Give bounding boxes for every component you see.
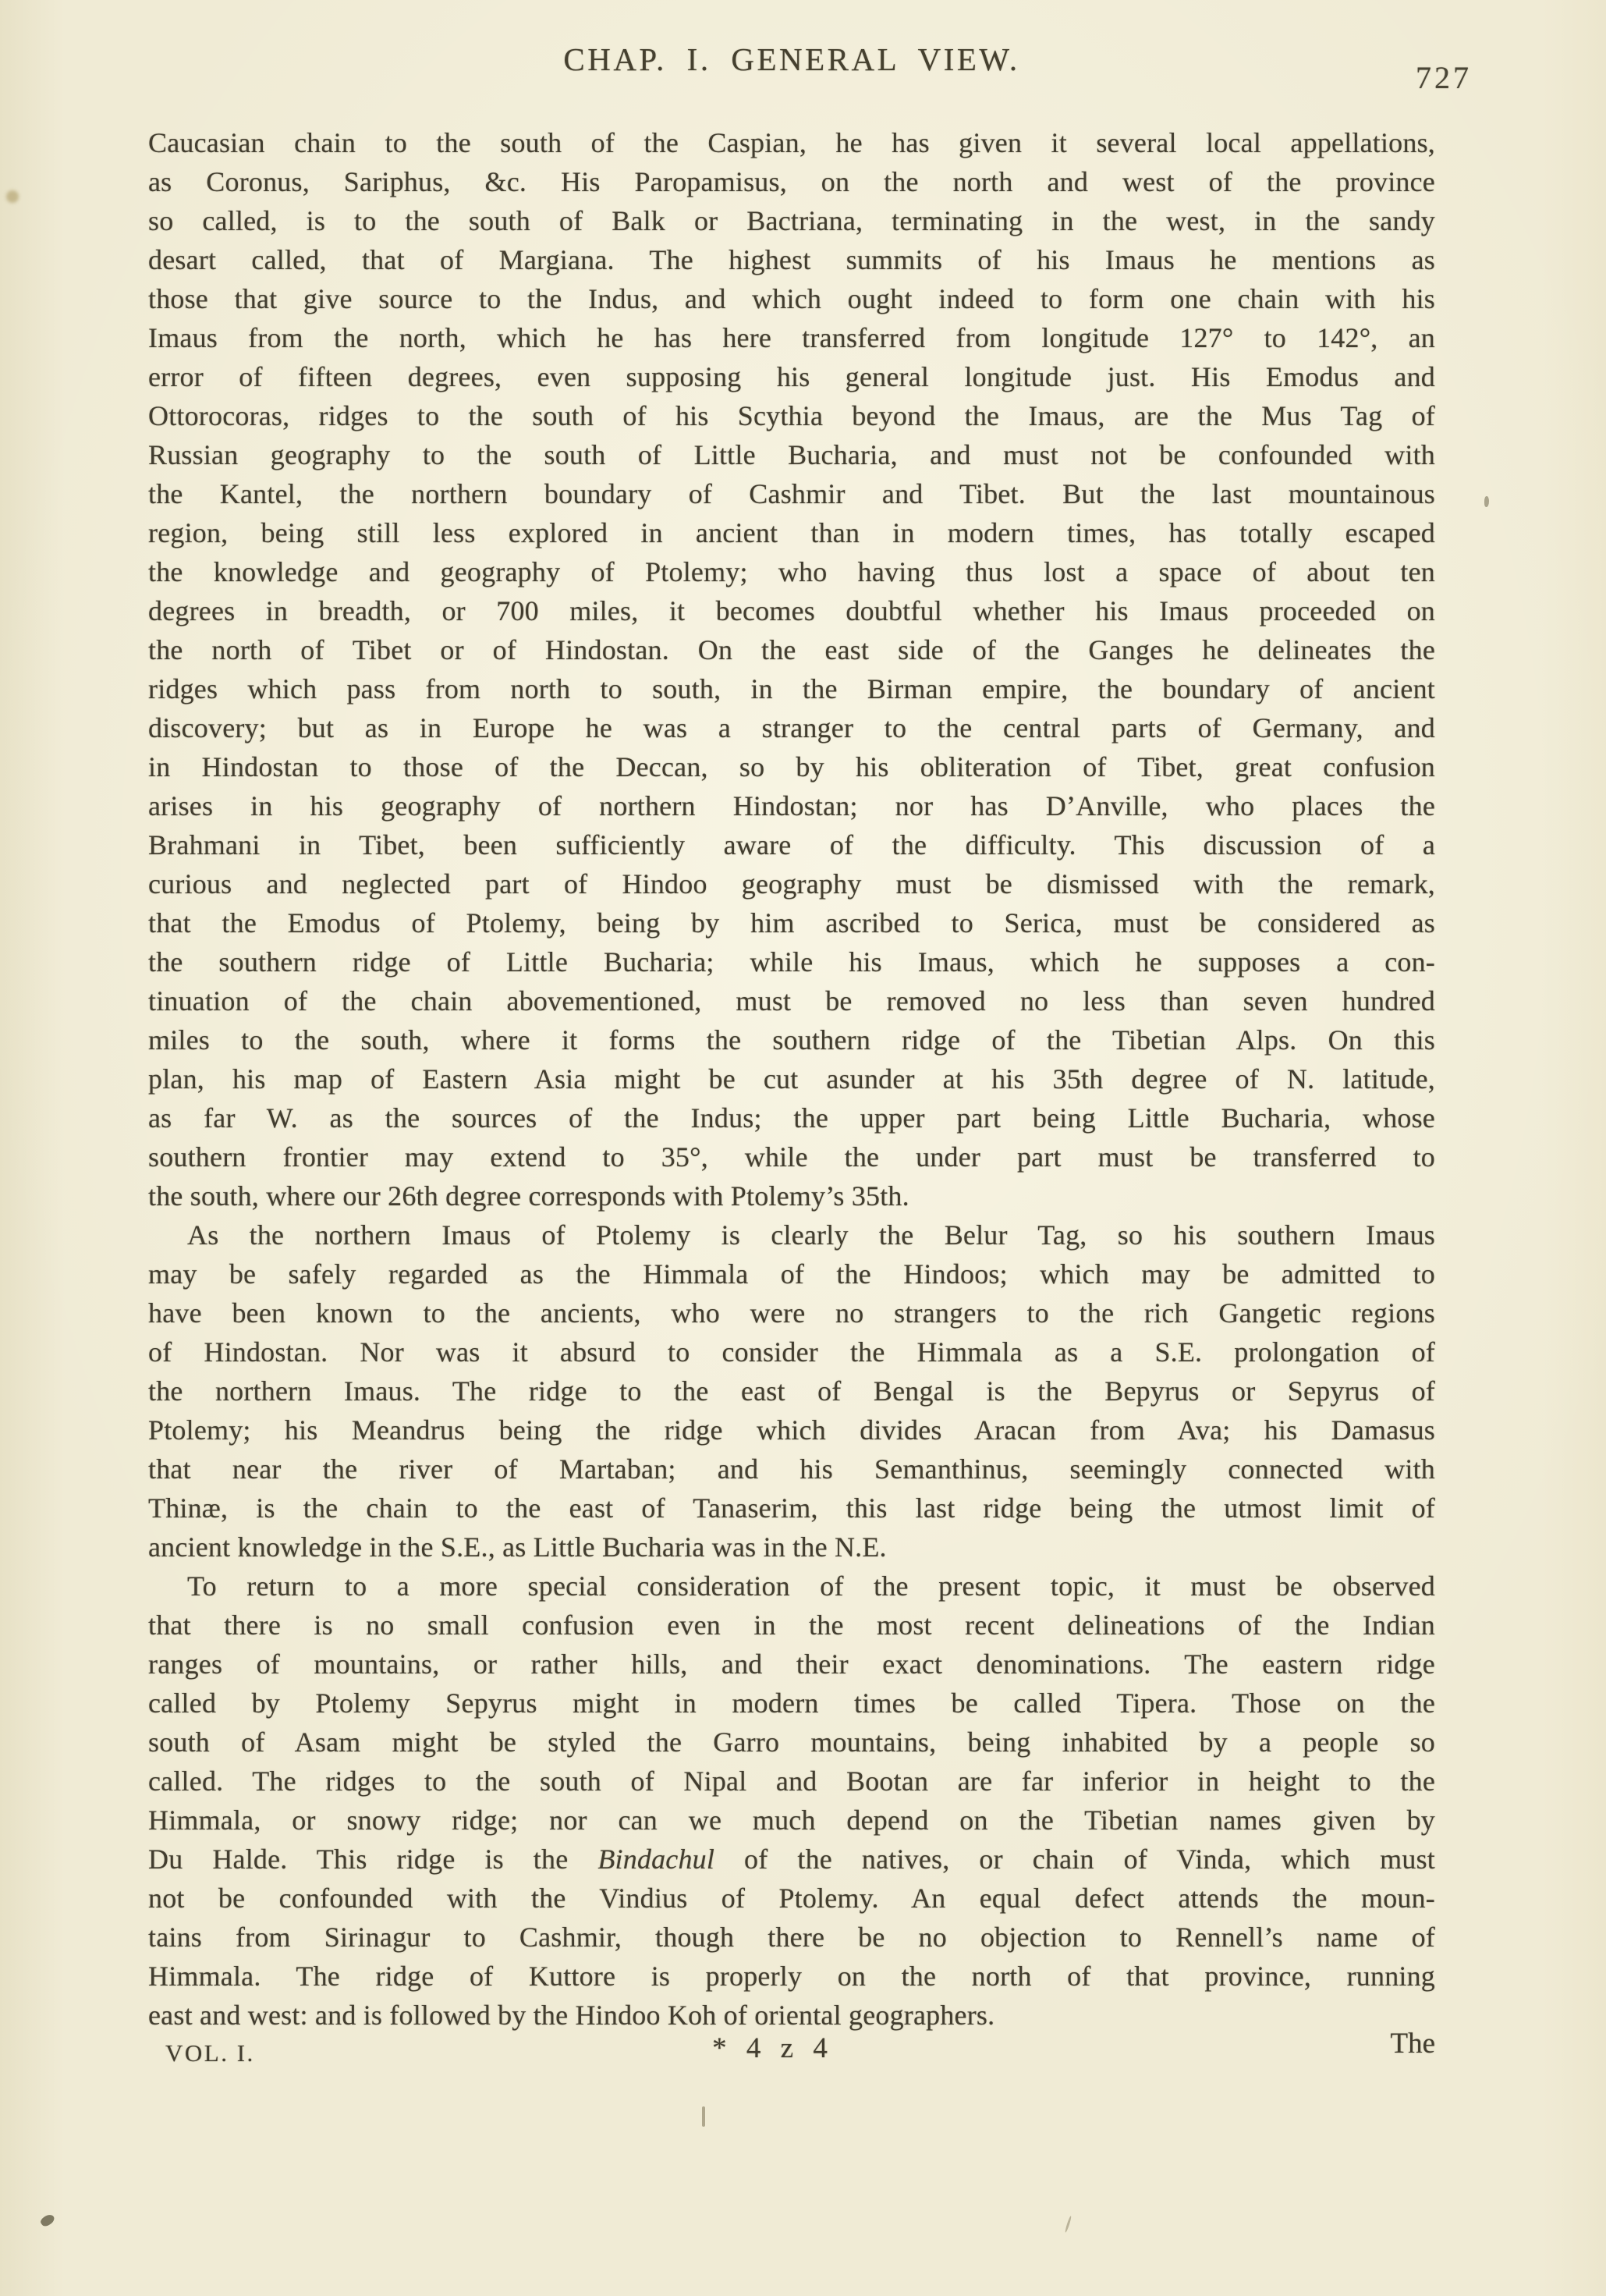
paragraph: To return to a more special consideratio…	[148, 1567, 1435, 2035]
volume-label: VOL. I.	[165, 2039, 255, 2067]
text-line: Caucasian chain to the south of the Casp…	[148, 123, 1435, 162]
text-line: the northern Imaus. The ridge to the eas…	[148, 1372, 1435, 1411]
text-line: south of Asam might be styled the Garro …	[148, 1723, 1435, 1762]
text-line: ancient knowledge in the S.E., as Little…	[148, 1528, 1435, 1567]
text-line: Ottorocoras, ridges to the south of his …	[148, 396, 1435, 435]
page-footer: VOL. I. * 4 z 4 The	[148, 2030, 1435, 2085]
text-line: As the northern Imaus of Ptolemy is clea…	[148, 1215, 1435, 1254]
text-line: the knowledge and geography of Ptolemy; …	[148, 552, 1435, 591]
text-line: those that give source to the Indus, and…	[148, 279, 1435, 318]
text-line: the north of Tibet or of Hindostan. On t…	[148, 630, 1435, 669]
text-line: Brahmani in Tibet, been sufficiently awa…	[148, 825, 1435, 864]
text-line: tinuation of the chain abovementioned, m…	[148, 981, 1435, 1020]
text-line: degrees in breadth, or 700 miles, it bec…	[148, 591, 1435, 630]
text-line: southern frontier may extend to 35°, whi…	[148, 1137, 1435, 1176]
text-line: as far W. as the sources of the Indus; t…	[148, 1098, 1435, 1137]
scan-speck	[1065, 2216, 1072, 2233]
text-line: that the Emodus of Ptolemy, being by him…	[148, 903, 1435, 942]
text-line: east and west: and is followed by the Hi…	[148, 1996, 1435, 2035]
text-line: region, being still less explored in anc…	[148, 513, 1435, 552]
page-number: 727	[1416, 59, 1472, 96]
text-line: the southern ridge of Little Bucharia; w…	[148, 942, 1435, 981]
paragraph: As the northern Imaus of Ptolemy is clea…	[148, 1215, 1435, 1567]
scan-speck	[6, 190, 19, 203]
italic-word: Bindachul	[597, 1844, 714, 1875]
text-line: ridges which pass from north to south, i…	[148, 669, 1435, 708]
text-line: not be confounded with the Vindius of Pt…	[148, 1879, 1435, 1918]
scan-speck	[39, 2213, 56, 2228]
scan-speck	[1484, 496, 1489, 507]
text-line: Himmala. The ridge of Kuttore is properl…	[148, 1957, 1435, 1996]
text-segment: Du Halde. This ridge is the	[148, 1844, 597, 1875]
text-line: miles to the south, where it forms the s…	[148, 1020, 1435, 1059]
text-line: the Kantel, the northern boundary of Cas…	[148, 474, 1435, 513]
scan-speck	[702, 2106, 705, 2127]
text-line: that near the river of Martaban; and his…	[148, 1450, 1435, 1489]
book-page: CHAP. I. GENERAL VIEW. 727 Caucasian cha…	[0, 0, 1606, 2296]
text-line: have been known to the ancients, who wer…	[148, 1293, 1435, 1333]
text-line: that there is no small confusion even in…	[148, 1606, 1435, 1645]
text-line: called. The ridges to the south of Nipal…	[148, 1762, 1435, 1801]
text-line: discovery; but as in Europe he was a str…	[148, 708, 1435, 747]
text-line: the south, where our 26th degree corresp…	[148, 1176, 1435, 1215]
text-line: Imaus from the north, which he has here …	[148, 318, 1435, 357]
text-line: of Hindostan. Nor was it absurd to consi…	[148, 1333, 1435, 1372]
page-body-text: Caucasian chain to the south of the Casp…	[148, 123, 1435, 2035]
paragraph: Caucasian chain to the south of the Casp…	[148, 123, 1435, 1215]
text-line: arises in his geography of northern Hind…	[148, 786, 1435, 825]
text-line: desart called, that of Margiana. The hig…	[148, 240, 1435, 279]
running-head: CHAP. I. GENERAL VIEW.	[148, 41, 1435, 78]
text-line: To return to a more special consideratio…	[148, 1567, 1435, 1606]
text-segment: of the natives, or chain of Vinda, which…	[714, 1844, 1435, 1875]
text-line-with-italic: Du Halde. This ridge is the Bindachul of…	[148, 1840, 1435, 1879]
text-line: Thinæ, is the chain to the east of Tanas…	[148, 1489, 1435, 1528]
signature-mark: * 4 z 4	[712, 2032, 828, 2065]
text-line: as Coronus, Sariphus, &c. His Paropamisu…	[148, 162, 1435, 201]
text-line: may be safely regarded as the Himmala of…	[148, 1254, 1435, 1293]
text-line: Himmala, or snowy ridge; nor can we much…	[148, 1801, 1435, 1840]
text-line: so called, is to the south of Balk or Ba…	[148, 201, 1435, 240]
text-line: curious and neglected part of Hindoo geo…	[148, 864, 1435, 903]
text-line: error of fifteen degrees, even supposing…	[148, 357, 1435, 396]
text-line: plan, his map of Eastern Asia might be c…	[148, 1059, 1435, 1098]
text-line: ranges of mountains, or rather hills, an…	[148, 1645, 1435, 1684]
text-line: Russian geography to the south of Little…	[148, 435, 1435, 474]
text-line: tains from Sirinagur to Cashmir, though …	[148, 1918, 1435, 1957]
text-line: called by Ptolemy Sepyrus might in moder…	[148, 1684, 1435, 1723]
catchword: The	[1390, 2027, 1435, 2060]
text-line: in Hindostan to those of the Deccan, so …	[148, 747, 1435, 786]
text-line: Ptolemy; his Meandrus being the ridge wh…	[148, 1411, 1435, 1450]
